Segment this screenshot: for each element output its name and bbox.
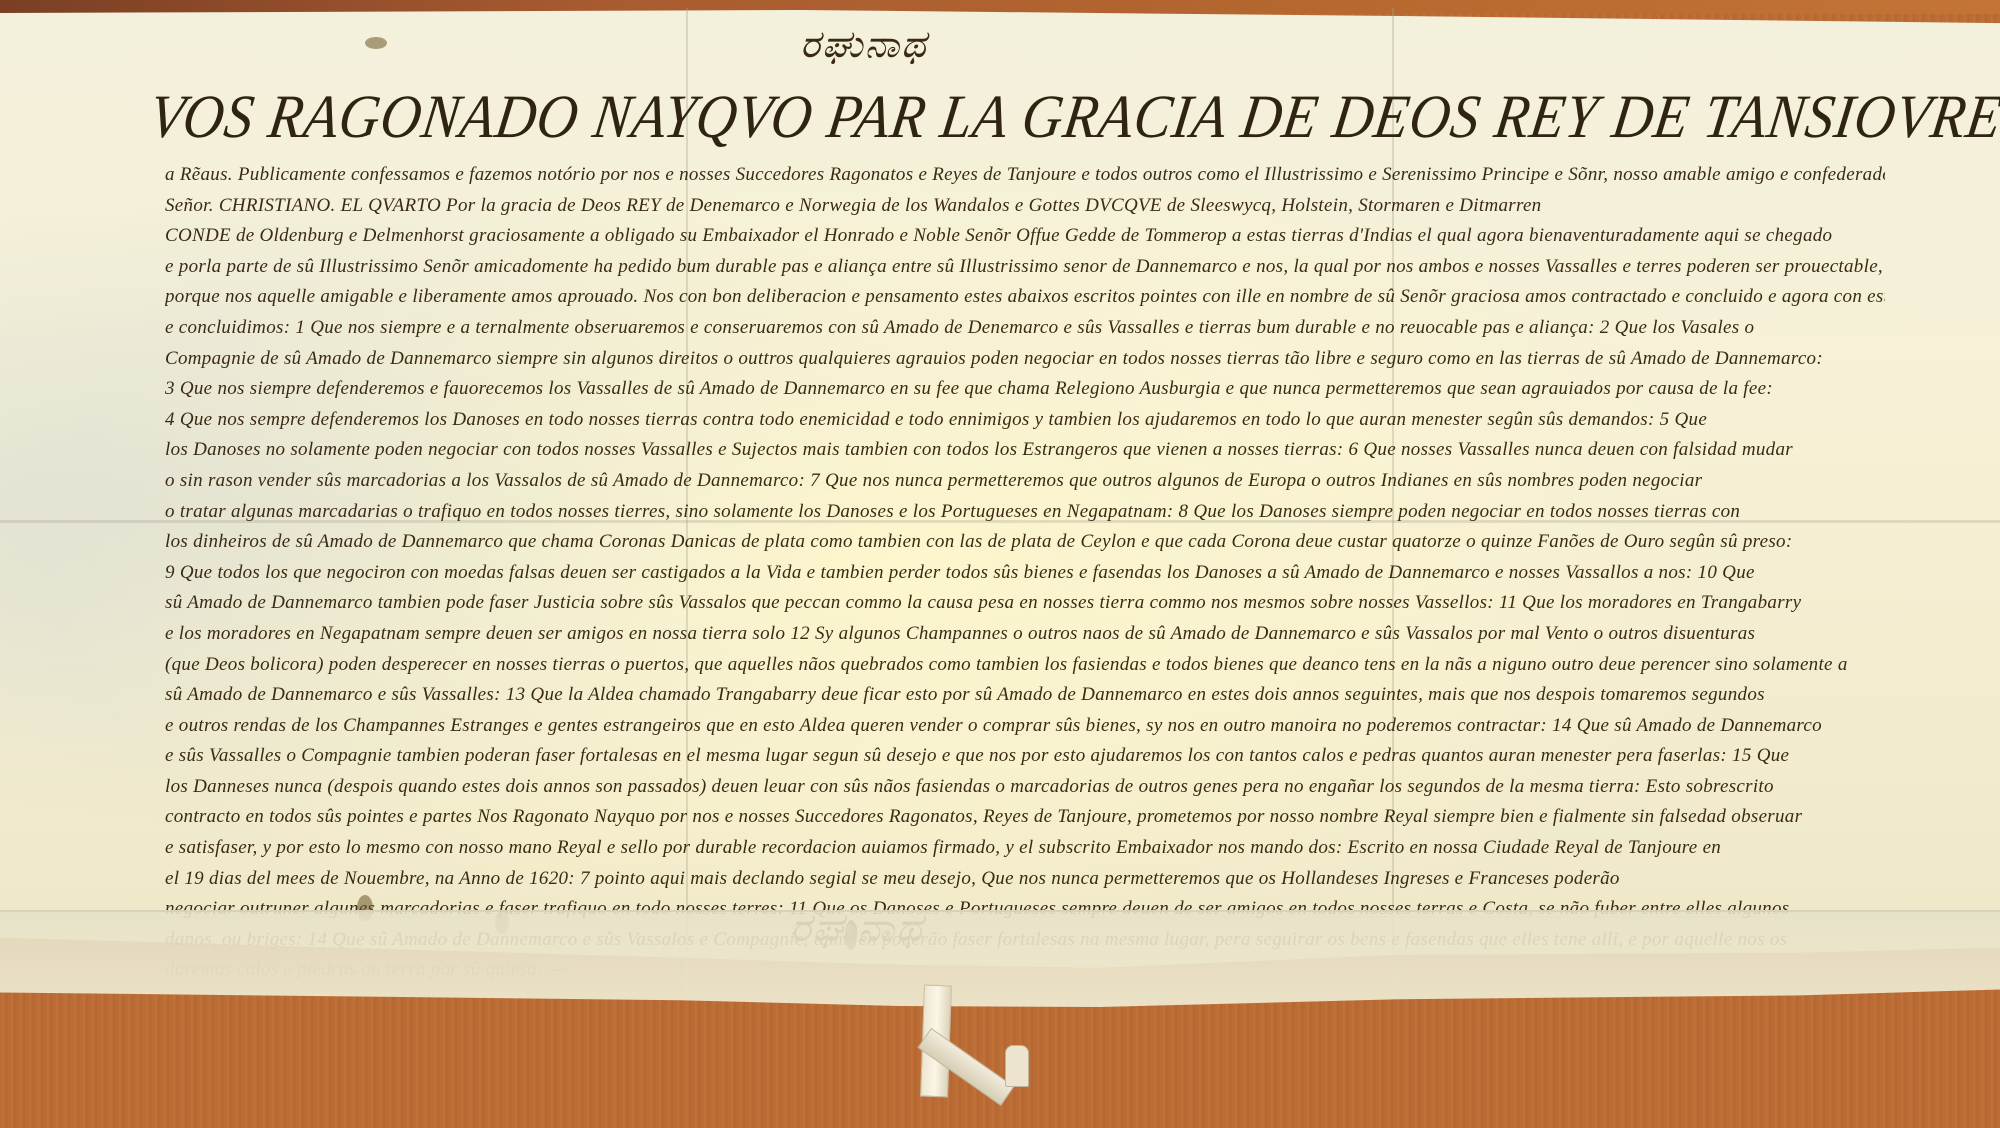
manuscript-line: Señor. CHRISTIANO. EL QVARTO Por la grac… xyxy=(165,191,1885,222)
folded-bottom-margin xyxy=(0,910,2000,1007)
manuscript-line: porque nos aquelle amigable e liberament… xyxy=(165,282,1885,313)
manuscript-line: o sin rason vender sûs marcadorias a los… xyxy=(165,466,1885,497)
manuscript-line: CONDE de Oldenburg e Delmenhorst gracios… xyxy=(165,221,1885,252)
manuscript-line: sû Amado de Dannemarco e sûs Vassalles: … xyxy=(165,680,1885,711)
manuscript-line: el 19 dias del mees de Nouembre, na Anno… xyxy=(165,864,1885,895)
manuscript-line: e concluidimos: 1 Que nos siempre e a te… xyxy=(165,313,1885,344)
heading-text: VOS RAGONADO NAYQVO PAR LA GRACIA DE DEO… xyxy=(145,83,2000,151)
manuscript-line: contracto en todos sûs pointes e partes … xyxy=(165,802,1885,833)
ink-stain xyxy=(365,37,387,49)
manuscript-line: o tratar algunas marcadarias o trafiquo … xyxy=(165,497,1885,528)
top-telugu-signature: ರಘುನಾಥ xyxy=(800,22,928,67)
manuscript-line: 9 Que todos los que negociron con moedas… xyxy=(165,558,1885,589)
manuscript-line: los Danneses nunca (despois quando estes… xyxy=(165,772,1885,803)
manuscript-line: a Rẽaus. Publicamente confessamos e faze… xyxy=(165,160,1885,191)
seal-ribbon-loop xyxy=(1005,1045,1029,1087)
document-heading: VOS RAGONADO NAYQVO PAR LA GRACIA DE DEO… xyxy=(145,82,1875,152)
treaty-body: a Rẽaus. Publicamente confessamos e faze… xyxy=(165,160,1885,986)
manuscript-line: los Danoses no solamente poden negociar … xyxy=(165,435,1885,466)
manuscript-line: e los moradores en Negapatnam sempre deu… xyxy=(165,619,1885,650)
manuscript-line: e satisfaser, y por esto lo mesmo con no… xyxy=(165,833,1885,864)
manuscript-line: e sûs Vassalles o Compagnie tambien pode… xyxy=(165,741,1885,772)
manuscript-line: e outros rendas de los Champannes Estran… xyxy=(165,711,1885,742)
manuscript-line: los dinheiros de sû Amado de Dannemarco … xyxy=(165,527,1885,558)
manuscript-line: 4 Que nos sempre defenderemos los Danose… xyxy=(165,405,1885,436)
manuscript-line: 3 Que nos siempre defenderemos e fauorec… xyxy=(165,374,1885,405)
manuscript-line: Compagnie de sû Amado de Dannemarco siem… xyxy=(165,344,1885,375)
manuscript-line: sû Amado de Dannemarco tambien pode fase… xyxy=(165,588,1885,619)
manuscript-line: (que Deos bolicora) poden desperecer en … xyxy=(165,650,1885,681)
manuscript-line: e porla parte de sû Illustrissimo Senõr … xyxy=(165,252,1885,283)
